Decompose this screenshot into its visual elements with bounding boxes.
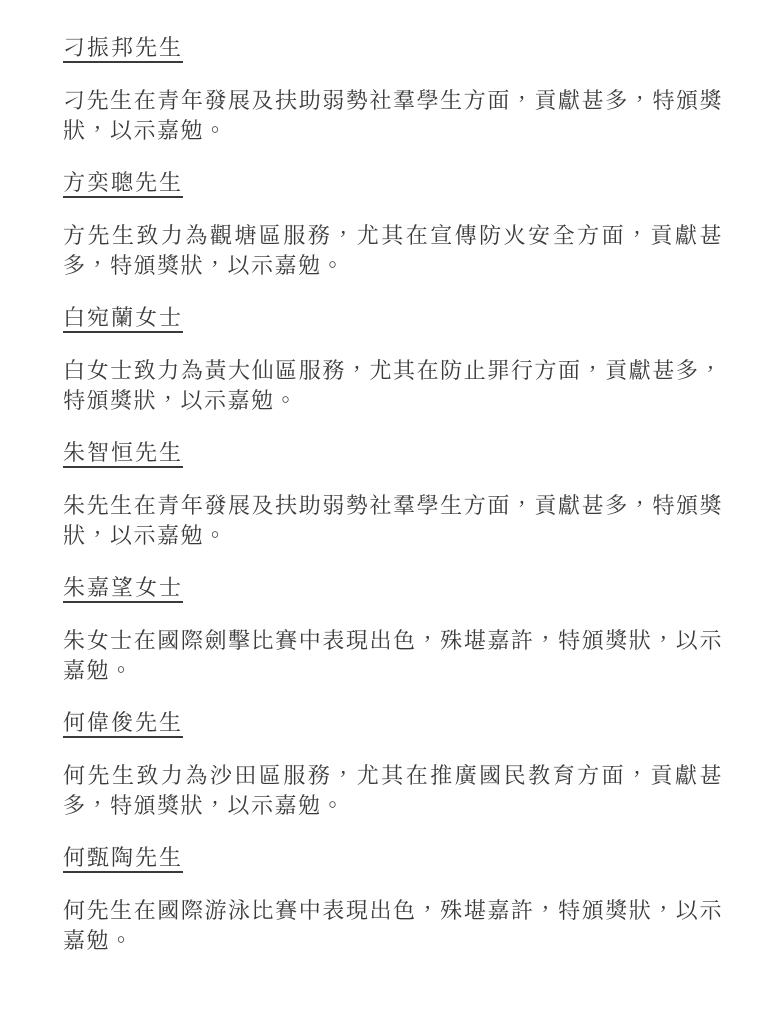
awardee-name-text: 刁振邦先生 <box>63 35 183 63</box>
awardee-name-heading: 何甄陶先生 <box>63 843 723 873</box>
awardee-name-text: 朱嘉望女士 <box>63 575 183 603</box>
awardee-name-heading: 方奕聰先生 <box>63 168 723 198</box>
awardee-name-text: 何甄陶先生 <box>63 845 183 873</box>
citation-paragraph: 朱先生在青年發展及扶助弱勢社羣學生方面，貢獻甚多，特頒獎狀，以示嘉勉。 <box>63 491 723 551</box>
citation-paragraph: 刁先生在青年發展及扶助弱勢社羣學生方面，貢獻甚多，特頒獎狀，以示嘉勉。 <box>63 86 723 146</box>
awardee-name-heading: 白宛蘭女士 <box>63 303 723 333</box>
award-entry: 刁振邦先生 刁先生在青年發展及扶助弱勢社羣學生方面，貢獻甚多，特頒獎狀，以示嘉勉… <box>63 33 723 146</box>
award-entry: 何甄陶先生 何先生在國際游泳比賽中表現出色，殊堪嘉許，特頒獎狀，以示嘉勉。 <box>63 843 723 956</box>
awardee-name-text: 朱智恒先生 <box>63 440 183 468</box>
award-entry: 何偉俊先生 何先生致力為沙田區服務，尤其在推廣國民教育方面，貢獻甚多，特頒獎狀，… <box>63 708 723 821</box>
citation-paragraph: 方先生致力為觀塘區服務，尤其在宣傳防火安全方面，貢獻甚多，特頒獎狀，以示嘉勉。 <box>63 221 723 281</box>
citation-paragraph: 何先生致力為沙田區服務，尤其在推廣國民教育方面，貢獻甚多，特頒獎狀，以示嘉勉。 <box>63 761 723 821</box>
award-entry: 朱嘉望女士 朱女士在國際劍擊比賽中表現出色，殊堪嘉許，特頒獎狀，以示嘉勉。 <box>63 573 723 686</box>
awardee-name-heading: 朱嘉望女士 <box>63 573 723 603</box>
citation-paragraph: 朱女士在國際劍擊比賽中表現出色，殊堪嘉許，特頒獎狀，以示嘉勉。 <box>63 626 723 686</box>
awardee-name-text: 方奕聰先生 <box>63 170 183 198</box>
citation-paragraph: 白女士致力為黃大仙區服務，尤其在防止罪行方面，貢獻甚多，特頒獎狀，以示嘉勉。 <box>63 356 723 416</box>
award-entry: 白宛蘭女士 白女士致力為黃大仙區服務，尤其在防止罪行方面，貢獻甚多，特頒獎狀，以… <box>63 303 723 416</box>
awardee-name-heading: 朱智恒先生 <box>63 438 723 468</box>
award-entry: 方奕聰先生 方先生致力為觀塘區服務，尤其在宣傳防火安全方面，貢獻甚多，特頒獎狀，… <box>63 168 723 281</box>
awardee-name-heading: 刁振邦先生 <box>63 33 723 63</box>
citation-paragraph: 何先生在國際游泳比賽中表現出色，殊堪嘉許，特頒獎狀，以示嘉勉。 <box>63 896 723 956</box>
awardee-name-text: 何偉俊先生 <box>63 710 183 738</box>
award-entry: 朱智恒先生 朱先生在青年發展及扶助弱勢社羣學生方面，貢獻甚多，特頒獎狀，以示嘉勉… <box>63 438 723 551</box>
awardee-name-text: 白宛蘭女士 <box>63 305 183 333</box>
document-page: 刁振邦先生 刁先生在青年發展及扶助弱勢社羣學生方面，貢獻甚多，特頒獎狀，以示嘉勉… <box>0 0 769 1012</box>
awardee-name-heading: 何偉俊先生 <box>63 708 723 738</box>
